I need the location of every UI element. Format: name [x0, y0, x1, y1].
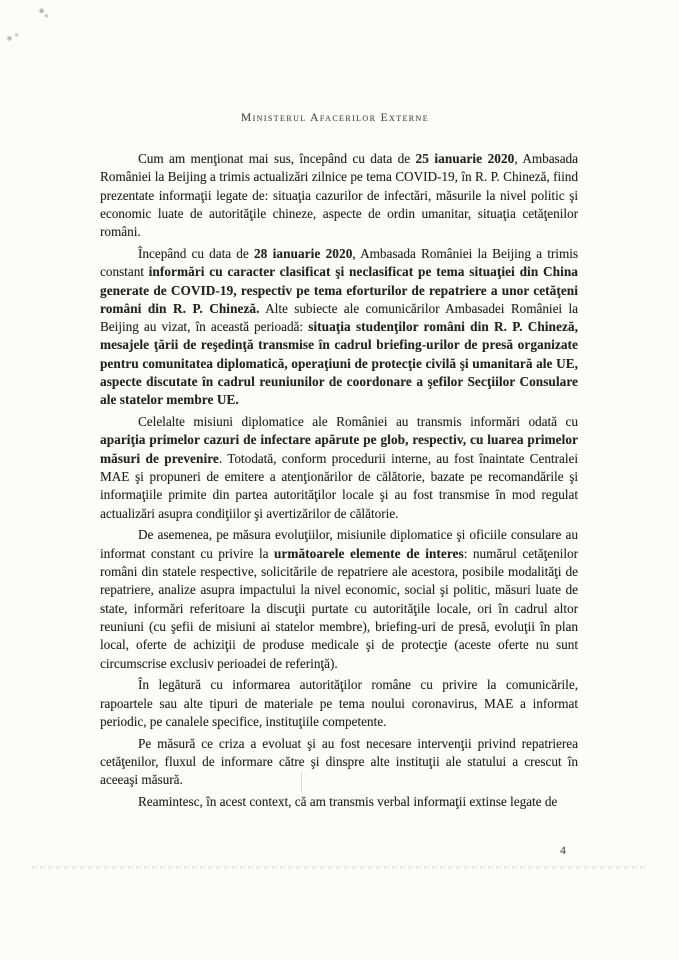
page-number: 4: [560, 843, 566, 858]
bold-text-run: 28 ianuarie 2020: [254, 246, 352, 261]
text-run: Începând cu data de: [138, 246, 254, 261]
document-header: Ministerul Afacerilor Externe: [0, 112, 670, 124]
paragraph: Reamintesc, în acest context, că am tran…: [100, 793, 578, 811]
text-run: : numărul cetăţenilor români din statele…: [100, 546, 578, 671]
text-run: În legătură cu informarea autorităţilor …: [100, 677, 578, 729]
bold-text-run: 25 ianuarie 2020: [416, 151, 515, 166]
scan-artifact-mark: [4, 30, 22, 44]
bold-text-run: următoarele elemente de interes: [274, 546, 464, 561]
document-page: Ministerul Afacerilor Externe Cum am men…: [0, 0, 679, 960]
scan-artifact-footer-line: [33, 866, 649, 869]
text-run: Celelalte misiuni diplomatice ale Români…: [138, 414, 578, 429]
paragraph: Începând cu data de 28 ianuarie 2020, Am…: [100, 245, 578, 410]
text-run: Cum am menţionat mai sus, începând cu da…: [138, 151, 416, 166]
text-run: Reamintesc, în acest context, că am tran…: [138, 794, 557, 809]
paragraph: În legătură cu informarea autorităţilor …: [100, 676, 578, 731]
paragraph: Pe măsură ce criza a evoluat şi au fost …: [100, 735, 578, 790]
document-body: Cum am menţionat mai sus, începând cu da…: [100, 150, 578, 815]
paragraph: Celelalte misiuni diplomatice ale Români…: [100, 413, 578, 523]
scan-artifact-scratch: [301, 772, 302, 792]
scan-artifact-mark: [36, 6, 52, 20]
text-run: Pe măsură ce criza a evoluat şi au fost …: [100, 736, 578, 788]
paragraph: De asemenea, pe măsura evoluţiilor, misi…: [100, 526, 578, 672]
paragraph: Cum am menţionat mai sus, începând cu da…: [100, 150, 578, 241]
